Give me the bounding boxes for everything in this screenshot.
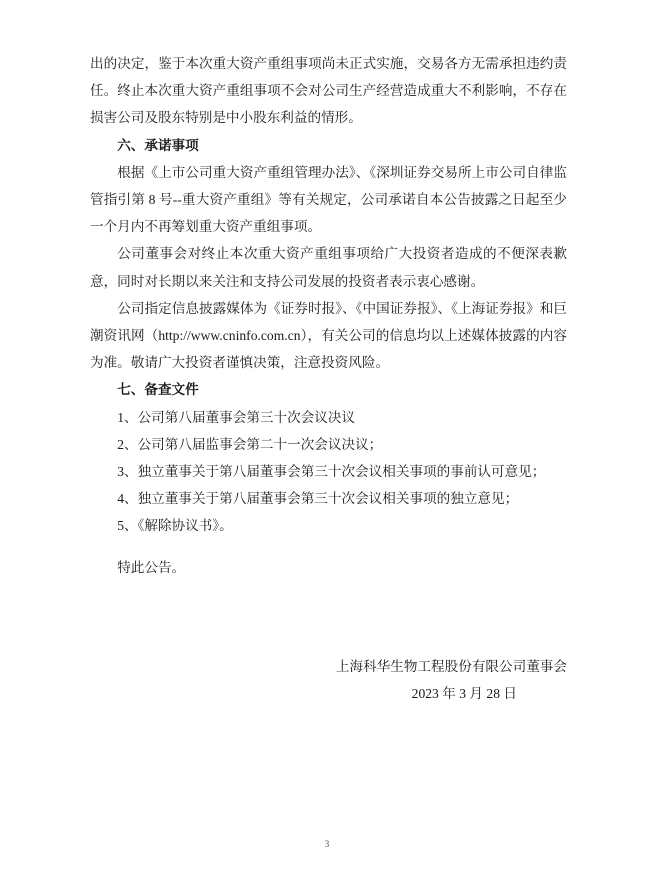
closing-statement: 特此公告。 xyxy=(90,554,567,581)
page-number: 3 xyxy=(0,839,654,849)
reference-document-item: 1、公司第八届董事会第三十次会议决议 xyxy=(90,404,567,431)
paragraph-continuation: 出的决定，鉴于本次重大资产重组事项尚未正式实施，交易各方无需承担违约责任。终止本… xyxy=(90,50,567,132)
section-seven-heading: 七、备查文件 xyxy=(90,376,567,403)
section-six-paragraph: 公司指定信息披露媒体为《证券时报》、《中国证券报》、《上海证券报》和巨潮资讯网（… xyxy=(90,295,567,377)
signature-block: 上海科华生物工程股份有限公司董事会 2023 年 3 月 28 日 xyxy=(90,653,567,707)
section-six-paragraph: 根据《上市公司重大资产重组管理办法》、《深圳证券交易所上市公司自律监管指引第 8… xyxy=(90,159,567,241)
section-six-heading: 六、承诺事项 xyxy=(90,132,567,159)
reference-document-item: 5、《解除协议书》。 xyxy=(90,512,567,539)
reference-document-item: 3、独立董事关于第八届董事会第三十次会议相关事项的事前认可意见； xyxy=(90,458,567,485)
announcement-body: 出的决定，鉴于本次重大资产重组事项尚未正式实施，交易各方无需承担违约责任。终止本… xyxy=(90,50,567,707)
reference-document-item: 4、独立董事关于第八届董事会第三十次会议相关事项的独立意见； xyxy=(90,485,567,512)
document-page: { "document": { "body": { "paragraph_con… xyxy=(0,0,654,873)
section-six-paragraph: 公司董事会对终止本次重大资产重组事项给广大投资者造成的不便深表歉意，同时对长期以… xyxy=(90,240,567,294)
signature-date: 2023 年 3 月 28 日 xyxy=(90,680,567,707)
signature-company: 上海科华生物工程股份有限公司董事会 xyxy=(90,653,567,680)
reference-document-item: 2、公司第八届监事会第二十一次会议决议； xyxy=(90,431,567,458)
